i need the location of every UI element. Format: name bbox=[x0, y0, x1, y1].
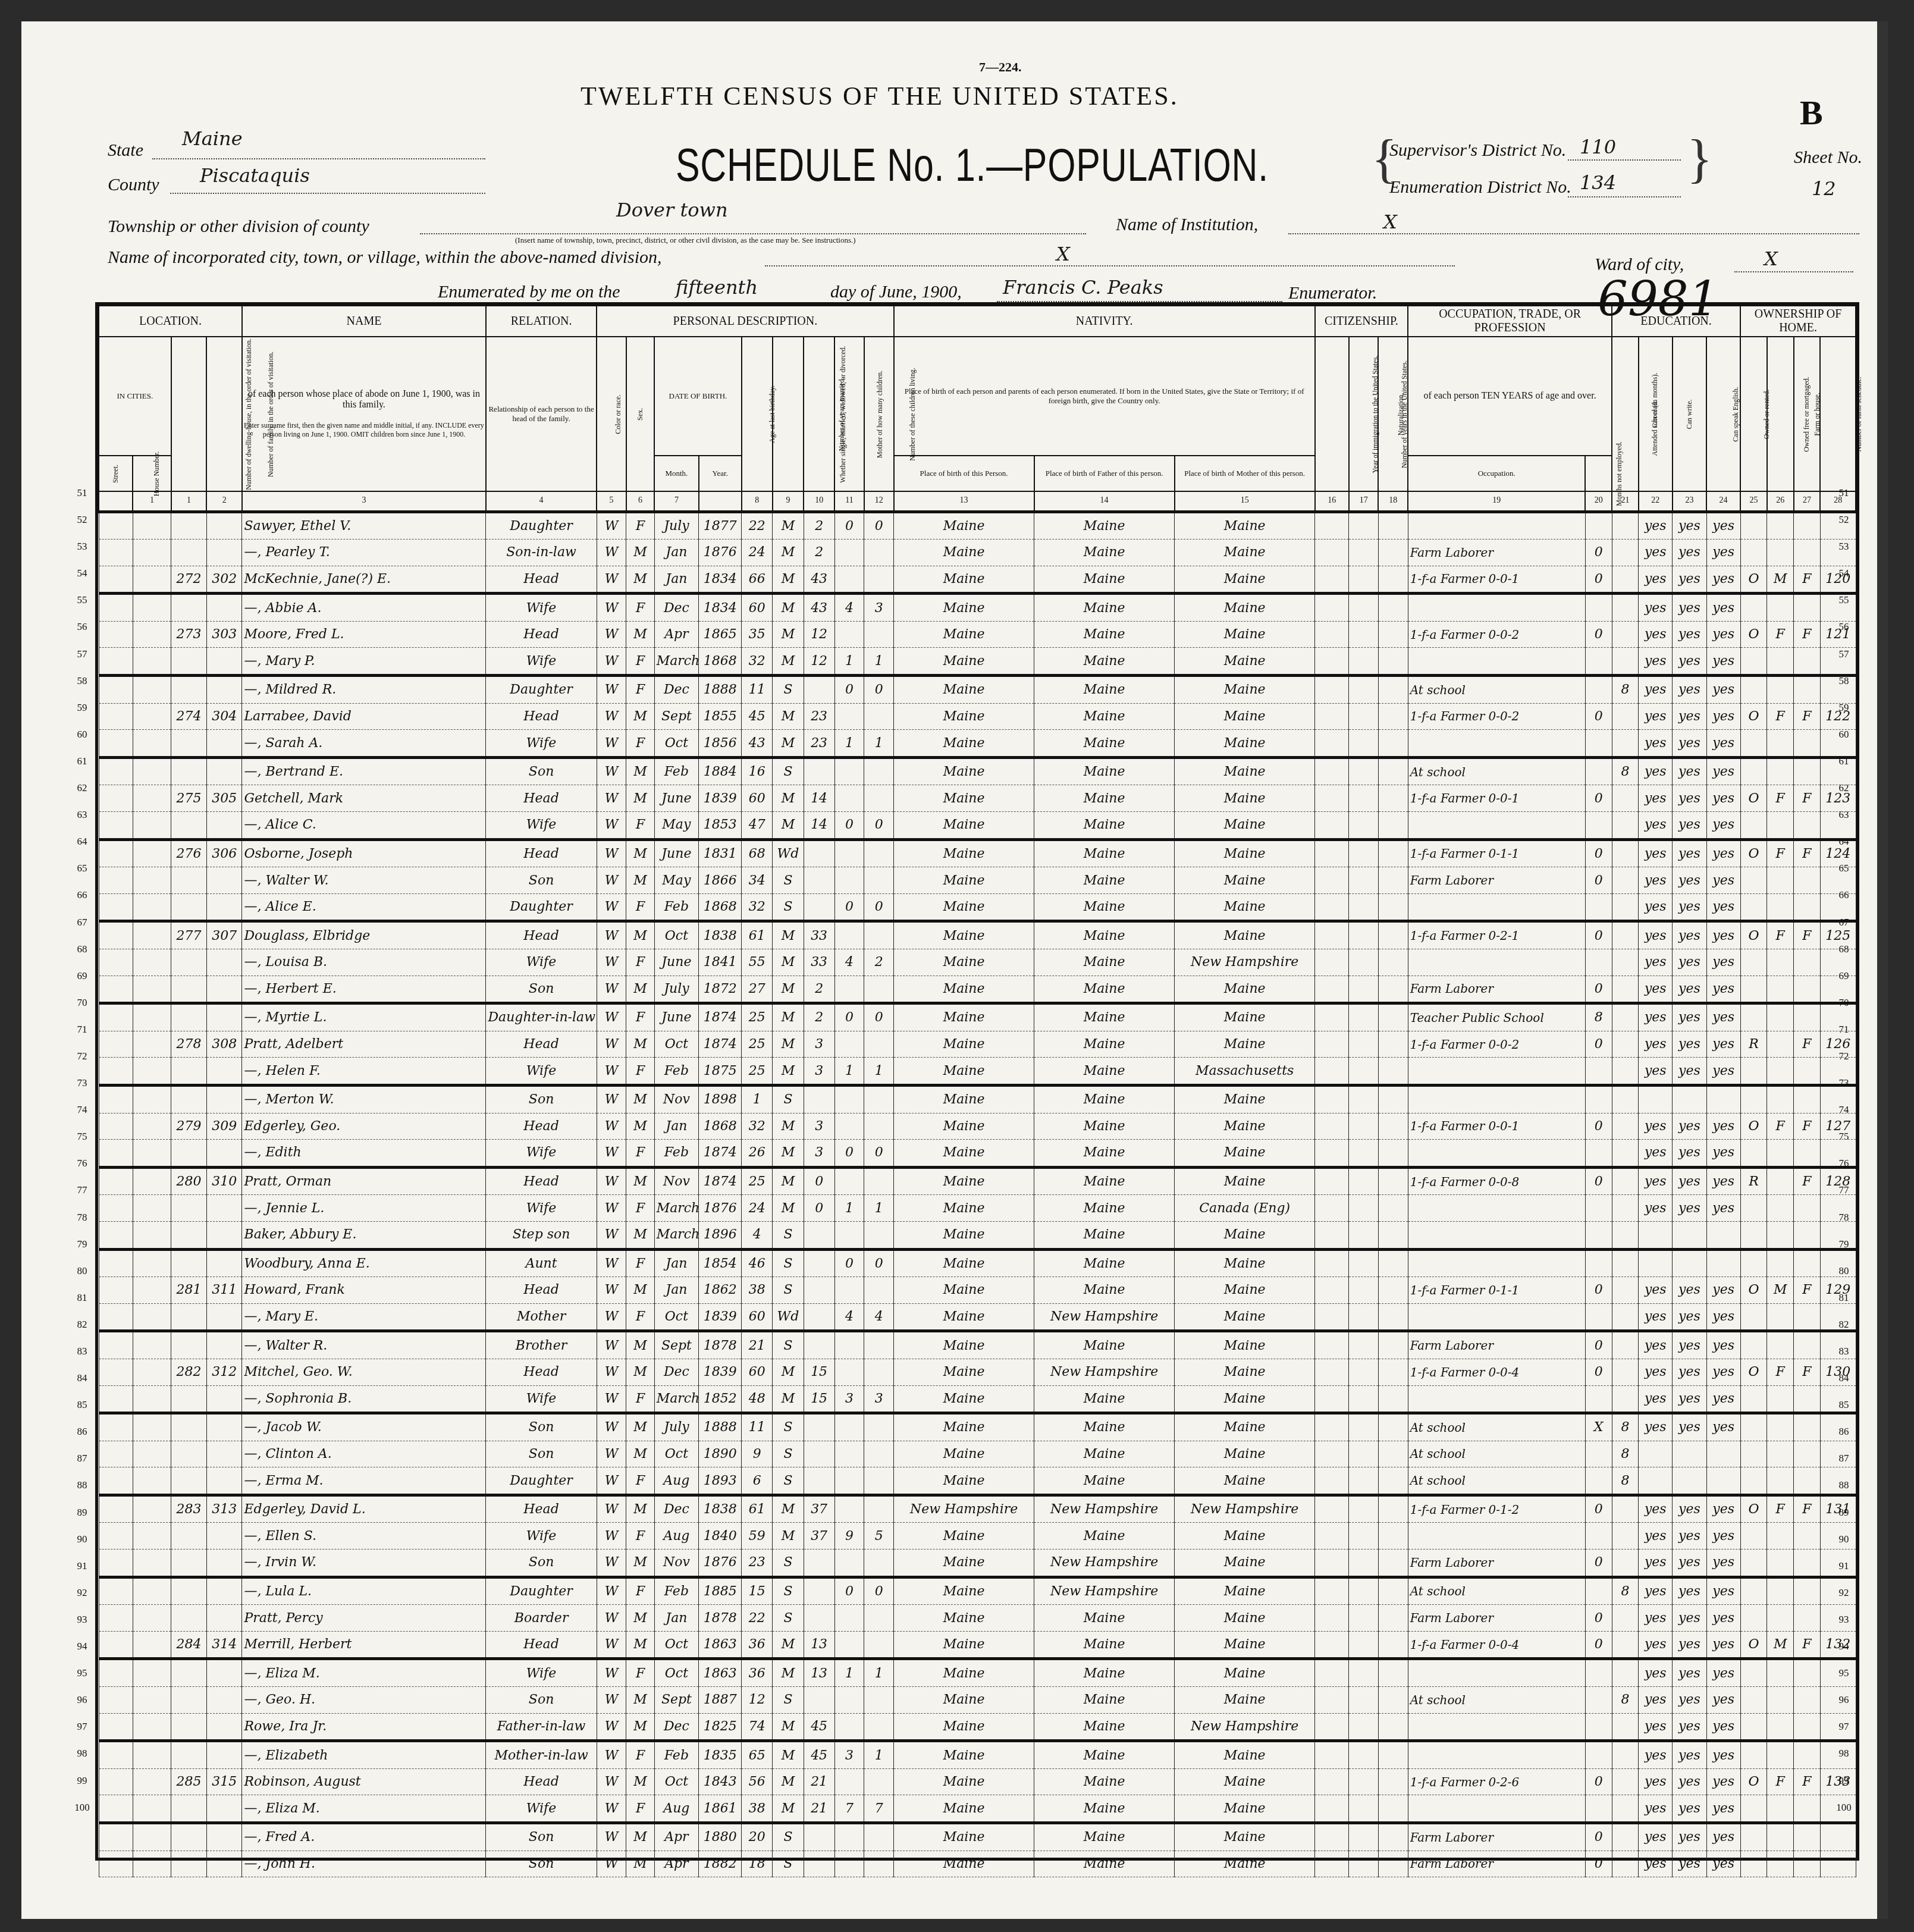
free-mortgaged-cell bbox=[1767, 1413, 1794, 1441]
months-unemployed-cell: 0 bbox=[1585, 1359, 1612, 1385]
age-cell: 36 bbox=[742, 1659, 773, 1687]
street-cell bbox=[99, 1687, 133, 1714]
mother-of-children-cell bbox=[834, 839, 864, 867]
immigration-year-cell bbox=[1315, 1687, 1349, 1714]
years-in-us-cell bbox=[1349, 1523, 1379, 1550]
birthplace-father-cell: Maine bbox=[1034, 812, 1175, 840]
children-living-cell bbox=[864, 1277, 894, 1304]
house-cell bbox=[133, 1167, 171, 1195]
sex-cell: F bbox=[626, 676, 654, 704]
owned-rented-cell bbox=[1740, 1741, 1767, 1769]
naturalization-cell bbox=[1378, 949, 1408, 976]
enumerated-label: Enumerated by me on the bbox=[438, 282, 620, 302]
birth-year-cell: 1838 bbox=[699, 921, 742, 949]
years-in-us-cell bbox=[1349, 540, 1379, 566]
naturalization-cell bbox=[1378, 1631, 1408, 1659]
street-cell bbox=[99, 1303, 133, 1331]
immigration-year-cell bbox=[1315, 893, 1349, 921]
birthplace-person-cell: Maine bbox=[894, 1851, 1034, 1877]
can-read-cell: yes bbox=[1639, 839, 1673, 867]
color-race-cell: W bbox=[597, 1605, 626, 1632]
birthplace-mother-cell: Maine bbox=[1175, 1741, 1315, 1769]
naturalization-cell bbox=[1378, 893, 1408, 921]
free-mortgaged-cell bbox=[1767, 1741, 1794, 1769]
children-living-cell bbox=[864, 1605, 894, 1632]
can-speak-english-cell: yes bbox=[1706, 1659, 1740, 1687]
mother-of-children-cell: 4 bbox=[834, 949, 864, 976]
birthplace-person-cell: Maine bbox=[894, 812, 1034, 840]
person-name-cell: —, Helen F. bbox=[242, 1058, 486, 1086]
line-number: 68 bbox=[70, 936, 94, 962]
mother-of-children-cell: 0 bbox=[834, 893, 864, 921]
occupation-cell: Farm Laborer bbox=[1408, 540, 1585, 566]
family-number-cell: 310 bbox=[206, 1167, 242, 1195]
years-in-us-cell bbox=[1349, 1140, 1379, 1168]
birth-year-cell: 1887 bbox=[699, 1687, 742, 1714]
relation-cell: Head bbox=[486, 1631, 597, 1659]
mother-of-children-cell bbox=[834, 703, 864, 730]
relation-cell: Son bbox=[486, 1550, 597, 1577]
years-in-us-cell bbox=[1349, 757, 1379, 785]
age-cell: 43 bbox=[742, 730, 773, 758]
years-in-us-cell bbox=[1349, 1795, 1379, 1823]
column-number: 13 bbox=[894, 491, 1034, 512]
farm-schedule-number-cell: 125 bbox=[1820, 921, 1856, 949]
school-months-cell bbox=[1612, 785, 1639, 812]
owned-rented-cell: O bbox=[1740, 566, 1767, 594]
can-write-cell: yes bbox=[1673, 512, 1706, 540]
immigration-year-cell bbox=[1315, 1167, 1349, 1195]
person-name-cell: —, Edith bbox=[242, 1140, 486, 1168]
years-in-us-cell bbox=[1349, 566, 1379, 594]
color-race-cell: W bbox=[597, 1577, 626, 1605]
family-number-cell bbox=[206, 1195, 242, 1222]
birth-year-cell: 1876 bbox=[699, 1550, 742, 1577]
marital-status-cell: M bbox=[773, 976, 804, 1003]
birthplace-mother-cell: Maine bbox=[1175, 1659, 1315, 1687]
immigration-year-cell bbox=[1315, 1851, 1349, 1877]
street-cell bbox=[99, 1659, 133, 1687]
mother-of-children-cell: 0 bbox=[834, 812, 864, 840]
marital-status-cell: S bbox=[773, 1413, 804, 1441]
census-row: —, Abbie A.WifeWFDec183460M4343MaineMain… bbox=[99, 594, 1856, 622]
owned-rented-cell: O bbox=[1740, 921, 1767, 949]
family-number-cell bbox=[206, 1221, 242, 1249]
children-living-cell bbox=[864, 921, 894, 949]
can-speak-english-cell: yes bbox=[1706, 648, 1740, 676]
immigration-year-cell bbox=[1315, 949, 1349, 976]
age-cell: 47 bbox=[742, 812, 773, 840]
family-number-cell bbox=[206, 1605, 242, 1632]
years-married-cell: 33 bbox=[804, 921, 834, 949]
mother-of-children-cell bbox=[834, 1823, 864, 1851]
street-cell bbox=[99, 1605, 133, 1632]
birth-month-cell: June bbox=[654, 785, 699, 812]
school-months-cell bbox=[1612, 1303, 1639, 1331]
birth-year-cell: 1874 bbox=[699, 1167, 742, 1195]
color-race-cell: W bbox=[597, 1058, 626, 1086]
line-number: 97 bbox=[70, 1713, 94, 1740]
can-speak-english-cell: yes bbox=[1706, 1631, 1740, 1659]
months-unemployed-cell: 0 bbox=[1585, 621, 1612, 648]
years-married-cell: 33 bbox=[804, 949, 834, 976]
birth-year-cell: 1880 bbox=[699, 1823, 742, 1851]
relation-cell: Son bbox=[486, 1851, 597, 1877]
birth-year-cell: 1839 bbox=[699, 1303, 742, 1331]
birthplace-person-cell: Maine bbox=[894, 921, 1034, 949]
color-race-cell: W bbox=[597, 1467, 626, 1495]
months-unemployed-cell bbox=[1585, 1467, 1612, 1495]
mother-of-children-cell: 0 bbox=[834, 1249, 864, 1277]
dwelling-number-cell: 279 bbox=[171, 1113, 207, 1140]
state-value: Maine bbox=[182, 127, 243, 150]
dwelling-number-cell: 282 bbox=[171, 1359, 207, 1385]
person-name-cell: —, Mildred R. bbox=[242, 676, 486, 704]
birth-year-cell: 1839 bbox=[699, 1359, 742, 1385]
sex-cell: M bbox=[626, 976, 654, 1003]
can-speak-english-cell: yes bbox=[1706, 1003, 1740, 1031]
birth-year-cell: 1876 bbox=[699, 540, 742, 566]
marital-status-cell: M bbox=[773, 1523, 804, 1550]
can-write-cell: yes bbox=[1673, 1113, 1706, 1140]
birth-month-cell: Oct bbox=[654, 1303, 699, 1331]
line-number: 51 bbox=[70, 479, 94, 506]
street-cell bbox=[99, 1713, 133, 1741]
sex-cell: F bbox=[626, 812, 654, 840]
birthplace-mother-cell: Maine bbox=[1175, 1823, 1315, 1851]
can-write-cell: yes bbox=[1673, 1687, 1706, 1714]
line-number: 90 bbox=[70, 1526, 94, 1552]
years-married-cell: 45 bbox=[804, 1713, 834, 1741]
person-name-cell: Woodbury, Anna E. bbox=[242, 1249, 486, 1277]
marital-status-cell: M bbox=[773, 1795, 804, 1823]
age-cell: 11 bbox=[742, 1413, 773, 1441]
occupation-cell bbox=[1408, 1303, 1585, 1331]
months-unemployed-cell bbox=[1585, 1221, 1612, 1249]
color-race-cell: W bbox=[597, 757, 626, 785]
birthplace-person-cell: Maine bbox=[894, 1631, 1034, 1659]
house-cell bbox=[133, 1495, 171, 1523]
can-speak-english-cell bbox=[1706, 1249, 1740, 1277]
months-unemployed-cell: 0 bbox=[1585, 1851, 1612, 1877]
months-unemployed-cell bbox=[1585, 1385, 1612, 1413]
birthplace-person-cell: Maine bbox=[894, 757, 1034, 785]
marital-status-cell: S bbox=[773, 1249, 804, 1277]
years-married-cell: 21 bbox=[804, 1768, 834, 1795]
farm-house-cell bbox=[1794, 1058, 1821, 1086]
birth-month-cell: Feb bbox=[654, 1741, 699, 1769]
birth-year-cell: 1874 bbox=[699, 1031, 742, 1058]
enumeration-day: fifteenth bbox=[676, 276, 758, 299]
can-read-cell: yes bbox=[1639, 1058, 1673, 1086]
school-months-cell bbox=[1612, 621, 1639, 648]
free-mortgaged-cell bbox=[1767, 1659, 1794, 1687]
children-living-cell: 5 bbox=[864, 1523, 894, 1550]
school-months-cell bbox=[1612, 1823, 1639, 1851]
farm-house-cell: F bbox=[1794, 621, 1821, 648]
years-married-cell bbox=[804, 1467, 834, 1495]
street-cell bbox=[99, 1003, 133, 1031]
sex-cell: F bbox=[626, 1303, 654, 1331]
person-name-cell: Merrill, Herbert bbox=[242, 1631, 486, 1659]
birth-year-cell: 1831 bbox=[699, 839, 742, 867]
dwelling-number-cell bbox=[171, 1140, 207, 1168]
can-read-cell: yes bbox=[1639, 1795, 1673, 1823]
farm-schedule-number-cell bbox=[1820, 1823, 1856, 1851]
street-cell bbox=[99, 1249, 133, 1277]
mother-of-children-cell bbox=[834, 1687, 864, 1714]
years-married-cell: 23 bbox=[804, 730, 834, 758]
birth-month-cell: Oct bbox=[654, 921, 699, 949]
school-months-cell bbox=[1612, 976, 1639, 1003]
school-months-cell bbox=[1612, 1331, 1639, 1359]
years-in-us-cell bbox=[1349, 1031, 1379, 1058]
family-number-cell bbox=[206, 976, 242, 1003]
house-cell bbox=[133, 1195, 171, 1222]
farm-house-cell bbox=[1794, 730, 1821, 758]
farm-house-cell: F bbox=[1794, 1495, 1821, 1523]
children-living-cell: 1 bbox=[864, 1659, 894, 1687]
family-number-cell bbox=[206, 1687, 242, 1714]
months-unemployed-cell bbox=[1585, 1441, 1612, 1467]
years-in-us-cell bbox=[1349, 1631, 1379, 1659]
marital-status-cell: M bbox=[773, 1167, 804, 1195]
mother-of-children-cell bbox=[834, 1495, 864, 1523]
years-in-us-cell bbox=[1349, 1687, 1379, 1714]
months-unemployed-cell: 0 bbox=[1585, 976, 1612, 1003]
years-married-cell: 21 bbox=[804, 1795, 834, 1823]
dwelling-number-cell: 281 bbox=[171, 1277, 207, 1304]
school-months-cell bbox=[1612, 648, 1639, 676]
school-months-cell bbox=[1612, 512, 1639, 540]
can-write-cell bbox=[1673, 1249, 1706, 1277]
owned-rented-cell bbox=[1740, 1221, 1767, 1249]
birthplace-person-cell: Maine bbox=[894, 540, 1034, 566]
color-race-cell: W bbox=[597, 1385, 626, 1413]
farm-schedule-number-cell bbox=[1820, 1195, 1856, 1222]
birth-month-cell: Oct bbox=[654, 1659, 699, 1687]
can-speak-english-cell: yes bbox=[1706, 921, 1740, 949]
occupation-cell bbox=[1408, 512, 1585, 540]
person-name-cell: —, Myrtie L. bbox=[242, 1003, 486, 1031]
sex-cell: M bbox=[626, 1359, 654, 1385]
color-race-cell: W bbox=[597, 867, 626, 894]
census-row: —, Walter W.SonWMMay186634SMaineMaineMai… bbox=[99, 867, 1856, 894]
birth-year-cell: 1834 bbox=[699, 594, 742, 622]
marital-status-cell: M bbox=[773, 1495, 804, 1523]
children-living-cell bbox=[864, 1631, 894, 1659]
school-months-cell bbox=[1612, 1085, 1639, 1113]
street-cell bbox=[99, 921, 133, 949]
farm-house-cell bbox=[1794, 1221, 1821, 1249]
can-write-cell: yes bbox=[1673, 1303, 1706, 1331]
birthplace-mother-cell: Maine bbox=[1175, 1385, 1315, 1413]
farm-house-cell bbox=[1794, 1003, 1821, 1031]
birth-year-cell: 1868 bbox=[699, 1113, 742, 1140]
can-write-cell: yes bbox=[1673, 867, 1706, 894]
census-row: —, Herbert E.SonWMJuly187227M2MaineMaine… bbox=[99, 976, 1856, 1003]
person-name-cell: Douglass, Elbridge bbox=[242, 921, 486, 949]
age-cell: 61 bbox=[742, 1495, 773, 1523]
farm-schedule-number-cell bbox=[1820, 1441, 1856, 1467]
years-married-cell: 2 bbox=[804, 512, 834, 540]
children-living-cell: 3 bbox=[864, 594, 894, 622]
free-mortgaged-cell bbox=[1767, 1823, 1794, 1851]
birthplace-father-cell: Maine bbox=[1034, 921, 1175, 949]
house-cell bbox=[133, 1713, 171, 1741]
immigration-year-cell bbox=[1315, 1058, 1349, 1086]
line-number: 87 bbox=[70, 1445, 94, 1472]
house-cell bbox=[133, 1687, 171, 1714]
mother-of-children-cell: 0 bbox=[834, 1003, 864, 1031]
can-read-cell: yes bbox=[1639, 1741, 1673, 1769]
person-name-cell: —, Abbie A. bbox=[242, 594, 486, 622]
birth-month-cell: Feb bbox=[654, 1577, 699, 1605]
enumeration-district-label: Enumeration District No. bbox=[1389, 177, 1571, 197]
farm-schedule-number-cell bbox=[1820, 812, 1856, 840]
can-speak-english-cell: yes bbox=[1706, 1687, 1740, 1714]
marital-status-cell: S bbox=[773, 1605, 804, 1632]
school-months-cell bbox=[1612, 730, 1639, 758]
census-row: —, Helen F.WifeWFFeb187525M311MaineMaine… bbox=[99, 1058, 1856, 1086]
line-number: 98 bbox=[70, 1740, 94, 1767]
occupation-cell: Farm Laborer bbox=[1408, 1605, 1585, 1632]
owned-rented-cell: R bbox=[1740, 1031, 1767, 1058]
free-mortgaged-cell bbox=[1767, 757, 1794, 785]
family-number-cell bbox=[206, 812, 242, 840]
age-header: Age at last birthday. bbox=[767, 385, 776, 443]
can-speak-english-cell: yes bbox=[1706, 1741, 1740, 1769]
owned-header: Owned or rented. bbox=[1762, 390, 1771, 440]
line-number: 70 bbox=[70, 989, 94, 1016]
can-write-cell: yes bbox=[1673, 648, 1706, 676]
occupation-cell: 1-f-a Farmer 0-0-1 bbox=[1408, 1113, 1585, 1140]
street-cell bbox=[99, 1031, 133, 1058]
person-name-cell: —, Clinton A. bbox=[242, 1441, 486, 1467]
children-living-cell: 0 bbox=[864, 812, 894, 840]
birthplace-father-cell: Maine bbox=[1034, 785, 1175, 812]
occupation-cell: 1-f-a Farmer 0-0-2 bbox=[1408, 1031, 1585, 1058]
occupation-cell: 1-f-a Farmer 0-0-2 bbox=[1408, 703, 1585, 730]
birth-month-cell: Jan bbox=[654, 1113, 699, 1140]
can-speak-english-cell: yes bbox=[1706, 730, 1740, 758]
census-rows: Sawyer, Ethel V.DaughterWFJuly187722M200… bbox=[99, 512, 1856, 1877]
can-speak-english-cell: yes bbox=[1706, 1523, 1740, 1550]
naturalization-cell bbox=[1378, 1140, 1408, 1168]
dwelling-number-cell: 274 bbox=[171, 703, 207, 730]
person-name-cell: —, Eliza M. bbox=[242, 1795, 486, 1823]
birthplace-mother-cell: Maine bbox=[1175, 1577, 1315, 1605]
naturalization-cell bbox=[1378, 1523, 1408, 1550]
birthplace-mother-cell: Maine bbox=[1175, 1003, 1315, 1031]
line-number: 81 bbox=[70, 1284, 94, 1311]
years-married-cell: 12 bbox=[804, 648, 834, 676]
children-living-cell bbox=[864, 1359, 894, 1385]
color-race-cell: W bbox=[597, 621, 626, 648]
person-name-cell: Osborne, Joseph bbox=[242, 839, 486, 867]
census-row: 274304Larrabee, DavidHeadWMSept185545M23… bbox=[99, 703, 1856, 730]
marital-status-cell: S bbox=[773, 1687, 804, 1714]
birth-month-cell: Oct bbox=[654, 730, 699, 758]
free-mortgaged-cell: F bbox=[1767, 621, 1794, 648]
years-in-us-cell bbox=[1349, 1467, 1379, 1495]
years-married-cell: 3 bbox=[804, 1140, 834, 1168]
sex-cell: F bbox=[626, 1249, 654, 1277]
naturalization-cell bbox=[1378, 1277, 1408, 1304]
color-race-cell: W bbox=[597, 1195, 626, 1222]
census-row: —, Walter R.BrotherWMSept187821SMaineMai… bbox=[99, 1331, 1856, 1359]
family-number-cell: 304 bbox=[206, 703, 242, 730]
farm-schedule-number-cell bbox=[1820, 893, 1856, 921]
house-cell bbox=[133, 1659, 171, 1687]
farm-house-cell bbox=[1794, 1467, 1821, 1495]
color-race-cell: W bbox=[597, 1277, 626, 1304]
birth-year-cell: 1825 bbox=[699, 1713, 742, 1741]
farm-schedule-number-cell bbox=[1820, 1085, 1856, 1113]
birth-month-cell: March bbox=[654, 1195, 699, 1222]
street-cell bbox=[99, 730, 133, 758]
can-write-cell: yes bbox=[1673, 812, 1706, 840]
years-married-cell bbox=[804, 839, 834, 867]
birthplace-person-cell: Maine bbox=[894, 1167, 1034, 1195]
sex-cell: M bbox=[626, 1113, 654, 1140]
years-married-cell: 12 bbox=[804, 621, 834, 648]
sex-cell: F bbox=[626, 1467, 654, 1495]
census-row: Sawyer, Ethel V.DaughterWFJuly187722M200… bbox=[99, 512, 1856, 540]
relation-cell: Wife bbox=[486, 1140, 597, 1168]
age-cell: 74 bbox=[742, 1713, 773, 1741]
school-months-cell bbox=[1612, 540, 1639, 566]
relation-cell: Son bbox=[486, 976, 597, 1003]
naturalization-cell bbox=[1378, 1687, 1408, 1714]
can-write-cell: yes bbox=[1673, 1851, 1706, 1877]
occupation-cell: 1-f-a Farmer 0-0-4 bbox=[1408, 1359, 1585, 1385]
years-in-us-cell bbox=[1349, 1577, 1379, 1605]
years-in-us-cell bbox=[1349, 949, 1379, 976]
free-mortgaged-cell bbox=[1767, 676, 1794, 704]
owned-rented-cell: O bbox=[1740, 785, 1767, 812]
farm-house-cell bbox=[1794, 1741, 1821, 1769]
years-married-cell: 45 bbox=[804, 1741, 834, 1769]
family-number-cell bbox=[206, 512, 242, 540]
family-number-cell bbox=[206, 730, 242, 758]
birthplace-mother-cell: Maine bbox=[1175, 1631, 1315, 1659]
can-read-cell: yes bbox=[1639, 1495, 1673, 1523]
birth-month-cell: Jan bbox=[654, 1249, 699, 1277]
line-number: 55 bbox=[70, 586, 94, 613]
line-number: 79 bbox=[70, 1231, 94, 1257]
mother-of-children-cell bbox=[834, 1031, 864, 1058]
sex-header: Sex. bbox=[636, 408, 645, 421]
census-row: Rowe, Ira Jr.Father-in-lawWMDec182574M45… bbox=[99, 1713, 1856, 1741]
can-read-cell: yes bbox=[1639, 594, 1673, 622]
enumerator-name: Francis C. Peaks bbox=[1003, 276, 1163, 299]
occupation-cell: Farm Laborer bbox=[1408, 1851, 1585, 1877]
census-row: —, Sarah A.WifeWFOct185643M2311MaineMain… bbox=[99, 730, 1856, 758]
children-living-cell bbox=[864, 1823, 894, 1851]
farm-house-cell: F bbox=[1794, 839, 1821, 867]
house-cell bbox=[133, 949, 171, 976]
farm-house-cell bbox=[1794, 867, 1821, 894]
years-in-us-cell bbox=[1349, 512, 1379, 540]
person-name-cell: —, Ellen S. bbox=[242, 1523, 486, 1550]
marital-status-cell: S bbox=[773, 676, 804, 704]
census-row: —, Jennie L.WifeWFMarch187624M011MaineMa… bbox=[99, 1195, 1856, 1222]
farm-house-cell bbox=[1794, 1195, 1821, 1222]
farm-schedule-number-cell: 120 bbox=[1820, 566, 1856, 594]
street-cell bbox=[99, 1795, 133, 1823]
marital-status-cell: S bbox=[773, 1851, 804, 1877]
